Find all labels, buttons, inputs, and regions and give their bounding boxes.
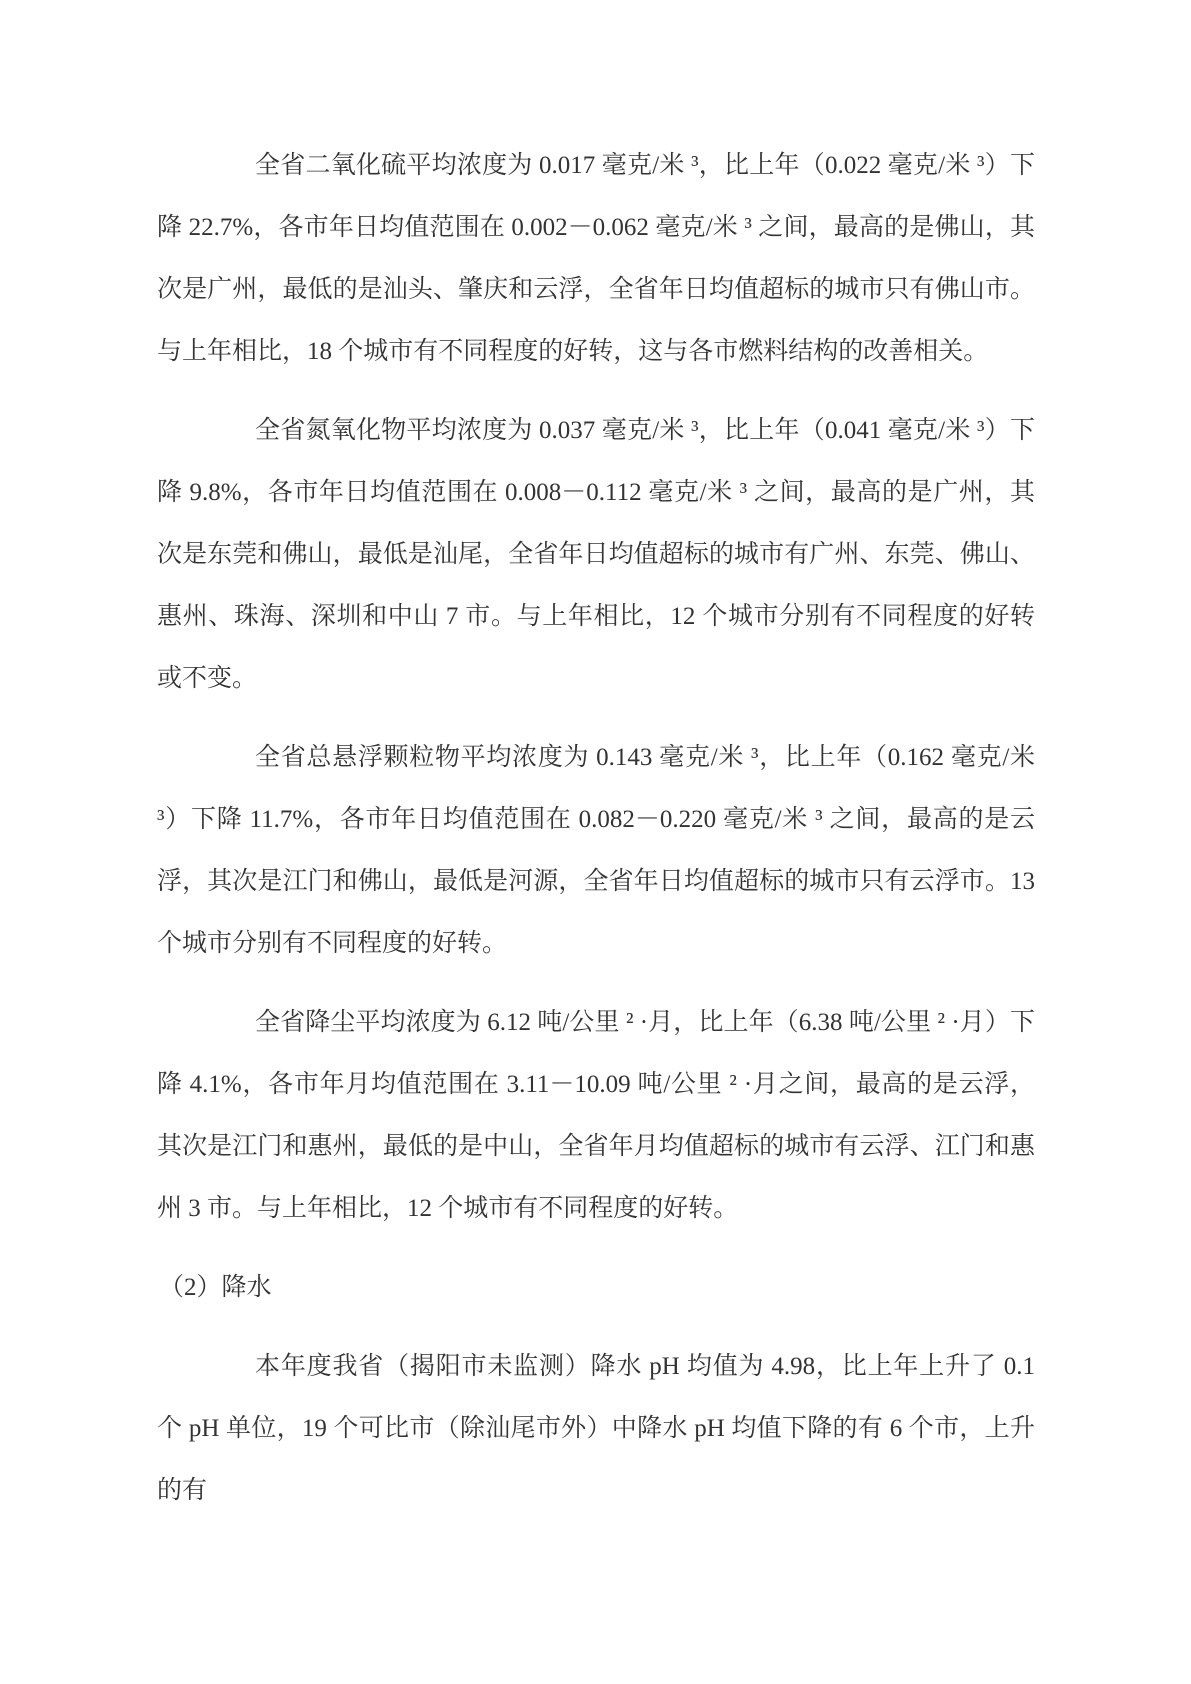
paragraph-nitrogen-oxides: 全省氮氧化物平均浓度为 0.037 毫克/米 ³，比上年（0.041 毫克/米 … [157,400,1035,710]
paragraph-sulfur-dioxide: 全省二氧化硫平均浓度为 0.017 毫克/米 ³，比上年（0.022 毫克/米 … [157,135,1035,383]
paragraph-suspended-particulates: 全省总悬浮颗粒物平均浓度为 0.143 毫克/米 ³，比上年（0.162 毫克/… [157,727,1035,975]
document-page: 全省二氧化硫平均浓度为 0.017 毫克/米 ³，比上年（0.022 毫克/米 … [0,0,1191,1684]
section-heading-precipitation: （2）降水 [157,1257,1035,1319]
paragraph-precipitation-ph: 本年度我省（揭阳市未监测）降水 pH 均值为 4.98，比上年上升了 0.1 个… [157,1336,1035,1522]
paragraph-dustfall: 全省降尘平均浓度为 6.12 吨/公里 ² ·月，比上年（6.38 吨/公里 ²… [157,992,1035,1240]
